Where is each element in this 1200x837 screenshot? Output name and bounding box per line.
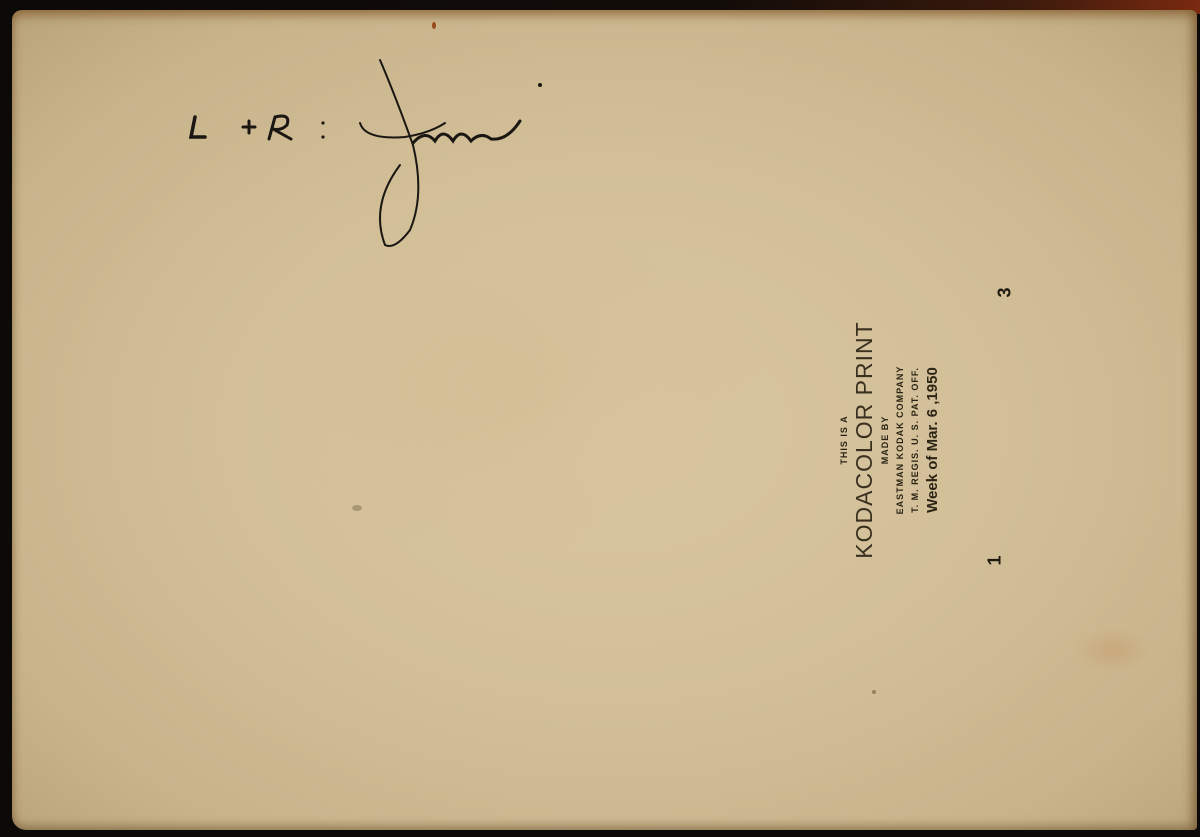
print-number-bottom: 1 xyxy=(985,555,1006,565)
stamp-line-5: T. M. REGIS. U. S. PAT. OFF. xyxy=(911,290,920,590)
stamp-text-block: THIS IS A KODACOLOR PRINT MADE BY EASTMA… xyxy=(840,290,1020,590)
stain-speck xyxy=(432,22,436,29)
handwriting-strokes xyxy=(185,55,565,255)
kodacolor-stamp: THIS IS A KODACOLOR PRINT MADE BY EASTMA… xyxy=(820,290,1040,590)
stamp-line-1: THIS IS A xyxy=(840,290,849,590)
stamp-line-4: EASTMAN KODAK COMPANY xyxy=(896,290,905,590)
stamp-line-kodacolor: KODACOLOR PRINT xyxy=(853,290,876,590)
print-number-top: 3 xyxy=(995,287,1016,297)
stamp-line-date: Week of Mar. 6 ,1950 xyxy=(925,290,940,590)
stain-speck xyxy=(352,505,362,511)
stain-speck xyxy=(872,690,876,694)
handwritten-caption: L + R: Jannie xyxy=(185,55,565,255)
stamp-line-3: MADE BY xyxy=(881,290,890,590)
